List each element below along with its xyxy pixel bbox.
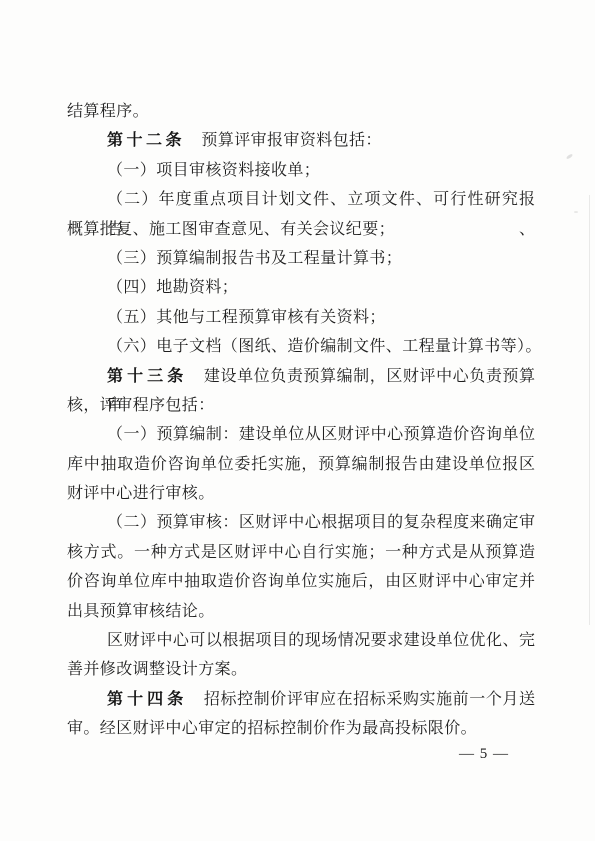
document-line: （五）其他与工程预算审核有关资料； [67, 303, 535, 332]
document-line: 核方式。一种方式是区财评中心自行实施；一种方式是从预算造 [67, 538, 535, 567]
document-line: 第十三条 建设单位负责预算编制，区财评中心负责预算审 [67, 362, 535, 391]
document-line: 第十二条 预算评审报审资料包括： [67, 126, 535, 155]
line-text: 出具预算审核结论。 [67, 603, 215, 620]
line-text: 概算批复、施工图审查意见、有关会议纪要； [67, 221, 395, 238]
line-text: 预算评审报审资料包括： [185, 132, 382, 149]
document-line: 区财评中心可以根据项目的现场情况要求建设单位优化、完 [67, 626, 535, 655]
line-text: （一）项目审核资料接收单； [107, 162, 320, 179]
document-line: （四）地勘资料； [67, 273, 535, 302]
line-text: 核方式。一种方式是区财评中心自行实施；一种方式是从预算造 [67, 544, 535, 561]
line-text: 价咨询单位库中抽取造价咨询单位实施后，由区财评中心审定并 [67, 573, 535, 590]
line-text: 善并修改调整设计方案。 [67, 661, 247, 678]
document-line: （二）预算审核：区财评中心根据项目的复杂程度来确定审 [67, 508, 535, 537]
line-text: 审。经区财评中心审定的招标控制价作为最高投标限价。 [67, 720, 477, 737]
line-text: 财评中心进行审核。 [67, 485, 215, 502]
document-line: （二）年度重点项目计划文件、立项文件、可行性研究报告、 [67, 185, 535, 214]
scan-artifact-speck [566, 153, 573, 159]
line-text: （五）其他与工程预算审核有关资料； [107, 309, 386, 326]
line-text: 库中抽取造价咨询单位委托实施，预算编制报告由建设单位报区 [67, 456, 535, 473]
article-number: 第十二条 [107, 132, 185, 149]
document-line: 结算程序。 [67, 97, 535, 126]
document-body: 结算程序。第十二条 预算评审报审资料包括：（一）项目审核资料接收单；（二）年度重… [67, 97, 535, 744]
line-text: 招标控制价评审应在招标采购实施前一个月送 [187, 691, 535, 708]
line-text: 区财评中心可以根据项目的现场情况要求建设单位优化、完 [107, 632, 535, 649]
document-line: （一）预算编制：建设单位从区财评中心预算造价咨询单位 [67, 420, 535, 449]
line-text: （二）预算审核：区财评中心根据项目的复杂程度来确定审 [107, 514, 535, 531]
line-text: （三）预算编制报告书及工程量计算书； [107, 250, 402, 267]
document-line: 价咨询单位库中抽取造价咨询单位实施后，由区财评中心审定并 [67, 567, 535, 596]
line-text: 结算程序。 [67, 103, 149, 120]
document-line: 库中抽取造价咨询单位委托实施，预算编制报告由建设单位报区 [67, 450, 535, 479]
document-page: 结算程序。第十二条 预算评审报审资料包括：（一）项目审核资料接收单；（二）年度重… [0, 0, 595, 841]
scan-artifact-speck [574, 211, 578, 213]
document-line: 核，评审程序包括： [67, 391, 535, 420]
document-line: 第十四条 招标控制价评审应在招标采购实施前一个月送 [67, 685, 535, 714]
document-line: （一）项目审核资料接收单； [67, 156, 535, 185]
document-line: 审。经区财评中心审定的招标控制价作为最高投标限价。 [67, 714, 535, 743]
article-number: 第十四条 [107, 691, 187, 708]
line-text: （六）电子文档（图纸、造价编制文件、工程量计算书等）。 [107, 338, 542, 355]
page-number: — 5 — [459, 746, 539, 763]
line-text: （一）预算编制：建设单位从区财评中心预算造价咨询单位 [107, 426, 535, 443]
document-line: 财评中心进行审核。 [67, 479, 535, 508]
line-text: （四）地勘资料； [107, 279, 238, 296]
scan-artifact-line [589, 195, 590, 625]
document-line: 善并修改调整设计方案。 [67, 655, 535, 684]
article-number: 第十三条 [107, 368, 187, 385]
document-line: 出具预算审核结论。 [67, 597, 535, 626]
document-line: （六）电子文档（图纸、造价编制文件、工程量计算书等）。 [67, 332, 535, 361]
document-line: （三）预算编制报告书及工程量计算书； [67, 244, 535, 273]
line-text: 核，评审程序包括： [67, 397, 215, 414]
